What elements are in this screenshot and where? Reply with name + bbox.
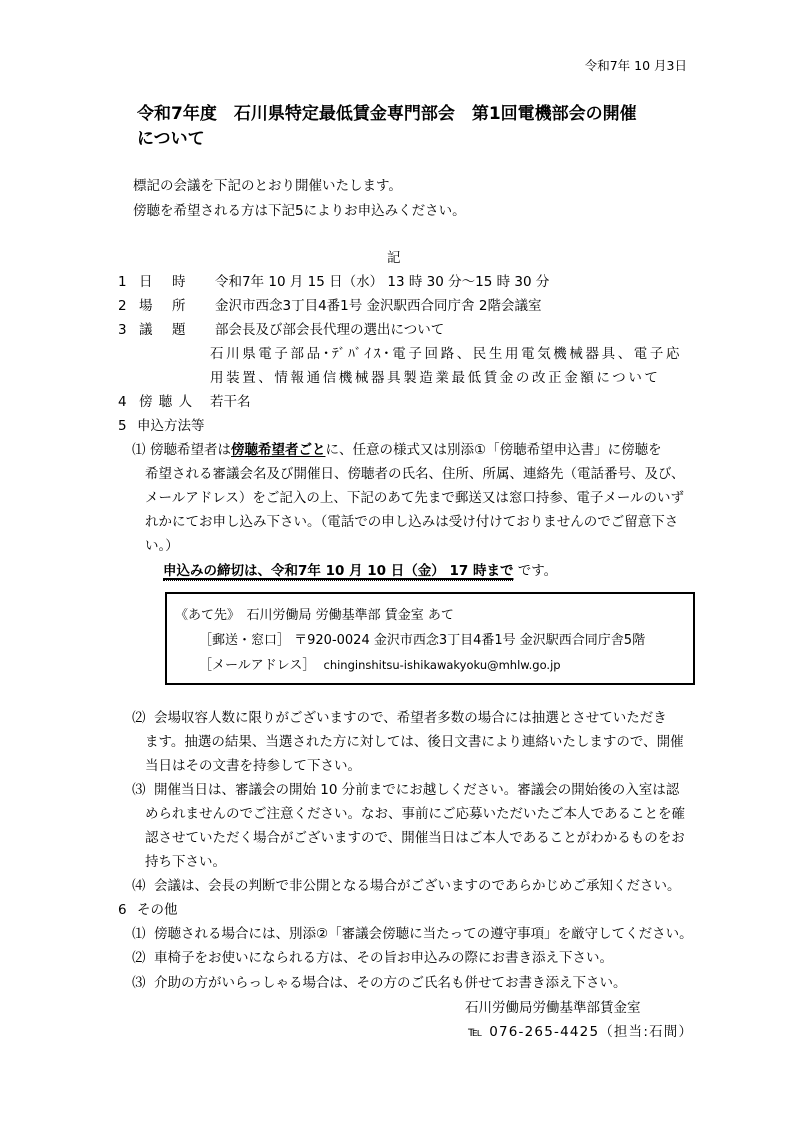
item-1-number: 1 bbox=[118, 273, 127, 291]
item-3-value: 部会長及び部会長代理の選出について bbox=[215, 321, 444, 339]
signature-tel: ℡ 076-265-4425（担当:石間） bbox=[468, 1023, 693, 1041]
other-3-text: 介助の方がいらっしゃる場合は、その方のご氏名も併せてお書き添え下さい。 bbox=[154, 974, 627, 992]
apply-4-line1: 会議は、会長の判断で非公開となる場合がございますのであらかじめご承知ください。 bbox=[154, 877, 681, 895]
apply-2-line3: 当日はその文書を持参して下さい。 bbox=[145, 757, 361, 775]
apply-2-mark: ⑵ bbox=[132, 709, 146, 727]
other-2-text: 車椅子をお使いになられる方は、その旨お申込みの際にお書き添え下さい。 bbox=[154, 949, 613, 967]
address-postal: ［郵送・窓口］ 〒920-0024 金沢市西念3丁目4番1号 金沢駅西合同庁舎5… bbox=[199, 632, 645, 650]
other-2-mark: ⑵ bbox=[132, 949, 146, 967]
apply-1-line2: 希望される審議会名及び開催日、傍聴者の氏名、住所、所属、連絡先（電話番号、及び、 bbox=[145, 465, 684, 483]
apply-2-line1: 会場収容人数に限りがございますので、希望者多数の場合には抽選とさせていただき bbox=[154, 709, 667, 727]
email-label: ［メールアドレス］ bbox=[199, 658, 315, 673]
item-1-label-b: 時 bbox=[172, 273, 186, 291]
item-6-number: 6 bbox=[118, 901, 127, 919]
signature-org: 石川労働局労働基準部賃金室 bbox=[465, 999, 641, 1017]
item-6-label: その他 bbox=[137, 901, 178, 919]
item-2-label-b: 所 bbox=[172, 297, 186, 315]
other-3-mark: ⑶ bbox=[132, 974, 146, 992]
ki-heading: 記 bbox=[387, 249, 401, 267]
application-deadline: 申込みの締切は、令和7年 10 月 10 日（金） 17 時まで です。 bbox=[163, 562, 557, 580]
apply-1-line1: 傍聴希望者は傍聴希望者ごとに、任意の様式又は別添①「傍聴希望申込書」に傍聴を bbox=[150, 441, 662, 459]
apply-1-mark: ⑴ bbox=[132, 441, 146, 459]
apply-3-mark: ⑶ bbox=[132, 781, 146, 799]
apply-1-line3: メールアドレス）をご記入の上、下記のあて先まで郵送又は窓口持参、電子メールのいず bbox=[145, 489, 684, 507]
intro-line-2: 傍聴を希望される方は下記5によりお申込みください。 bbox=[133, 202, 466, 220]
item-4-number: 4 bbox=[118, 393, 127, 411]
address-recipient: 《あて先》 石川労働局 労働基準部 賃金室 あて bbox=[175, 607, 454, 625]
item-4-value: 若干名 bbox=[210, 393, 251, 411]
item-3-label-a: 議 bbox=[139, 321, 153, 339]
document-title-line1: 令和7年度 石川県特定最低賃金専門部会 第1回電機部会の開催 bbox=[137, 103, 637, 125]
apply-3-line1: 開催当日は、審議会の開始 10 分前までにお越しください。審議会の開始後の入室は… bbox=[154, 781, 679, 799]
item-1-value: 令和7年 10 月 15 日（水） 13 時 30 分～15 時 30 分 bbox=[215, 273, 549, 291]
item-5-number: 5 bbox=[118, 417, 127, 435]
apply-3-line3: 認させていただく場合がございますので、開催当日はご本人であることがわかるものをお bbox=[145, 829, 685, 847]
address-box: 《あて先》 石川労働局 労働基準部 賃金室 あて ［郵送・窓口］ 〒920-00… bbox=[165, 592, 695, 685]
apply-3-line4: 持ち下さい。 bbox=[145, 853, 226, 871]
deadline-tail: です。 bbox=[513, 563, 557, 579]
item-3-label-b: 題 bbox=[172, 321, 186, 339]
address-email-line: ［メールアドレス］ chinginshitsu-ishikawakyoku@mh… bbox=[199, 656, 561, 675]
document-title-line2: について bbox=[137, 128, 205, 150]
document-date: 令和7年 10 月3日 bbox=[585, 57, 687, 75]
apply-1-line4: れかにてお申し込み下さい。（電話での申し込みは受け付けておりませんのでご留意下さ bbox=[145, 513, 678, 531]
apply-2-line2: ます。抽選の結果、当選された方に対しては、後日文書により連絡いたしますので、開催 bbox=[145, 733, 684, 751]
item-2-label-a: 場 bbox=[139, 297, 153, 315]
item-3-value-line3: 用装置、情報通信機械器具製造業最低賃金の改正金額について bbox=[210, 369, 661, 387]
deadline-emphasis: 申込みの締切は、令和7年 10 月 10 日（金） 17 時まで bbox=[163, 563, 513, 581]
other-1-mark: ⑴ bbox=[132, 925, 146, 943]
intro-line-1: 標記の会議を下記のとおり開催いたします。 bbox=[133, 177, 402, 195]
apply-4-mark: ⑷ bbox=[132, 877, 146, 895]
item-1-label-a: 日 bbox=[139, 273, 153, 291]
item-3-value-line2: 石川県電子部品･ﾃﾞﾊﾞｲｽ･電子回路、民生用電気機械器具、電子応 bbox=[210, 345, 682, 363]
apply-1-emphasis: 傍聴希望者ごと bbox=[231, 442, 326, 458]
apply-3-line2: められませんのでご注意ください。なお、事前にご応募いただいたご本人であることを確 bbox=[145, 805, 685, 823]
other-1-text: 傍聴される場合には、別添②「審議会傍聴に当たっての遵守事項」を厳守してください。 bbox=[154, 925, 693, 943]
item-4-label: 傍 聴 人 bbox=[139, 393, 193, 411]
apply-1-post: に、任意の様式又は別添①「傍聴希望申込書」に傍聴を bbox=[326, 442, 662, 458]
item-2-value: 金沢市西念3丁目4番1号 金沢駅西合同庁舎 2階会議室 bbox=[215, 297, 541, 315]
item-3-number: 3 bbox=[118, 321, 127, 339]
apply-1-line5: い。） bbox=[145, 537, 179, 555]
apply-1-pre: 傍聴希望者は bbox=[150, 442, 231, 458]
email-address[interactable]: chinginshitsu-ishikawakyoku@mhlw.go.jp bbox=[324, 658, 561, 672]
item-5-label: 申込方法等 bbox=[137, 417, 205, 435]
item-2-number: 2 bbox=[118, 297, 127, 315]
